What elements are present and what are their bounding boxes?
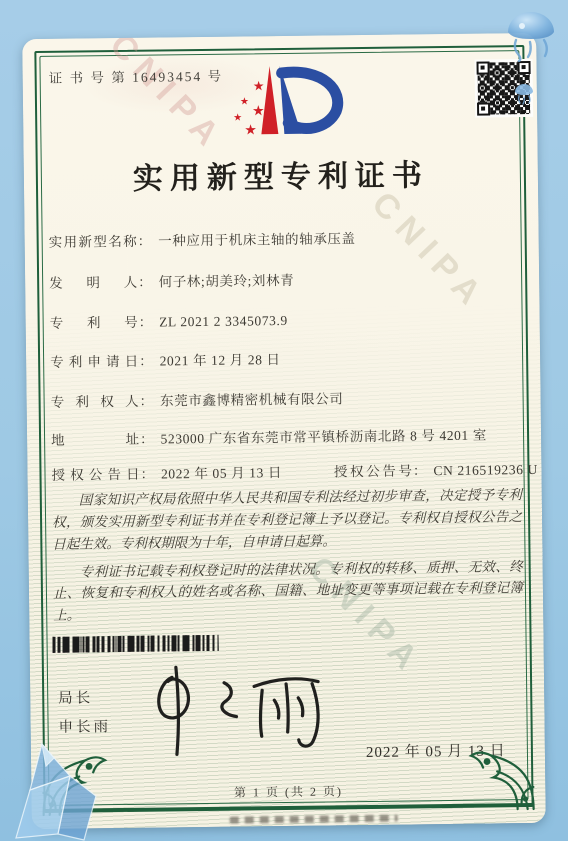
signature-handwriting [142,662,323,759]
field-value: 东莞市鑫博精密机械有限公司 [160,387,344,409]
star-icon: ★ [253,78,265,93]
qr-finder-icon [517,61,530,74]
field-patentee: 专利权人： 东莞市鑫博精密机械有限公司 [50,387,343,411]
field-colon: ： [139,311,153,331]
certificate-paper: CNIPA CNIPA CNIPA [22,33,546,829]
field-label: 专利权人 [50,390,138,411]
legal-paragraph: 国家知识产权局依照中华人民共和国专利法经过初步审查，决定授予专利权，颁发实用新型… [52,484,523,555]
field-patent-number: 专利号： ZL 2021 2 3345073.9 [50,309,288,332]
jellyfish-icon [512,80,536,108]
field-label: 专利申请日 [50,350,138,371]
field-grant-row: 授权公告日： 2022 年 05 月 13 日 授权公告号： CN 216519… [51,458,538,484]
field-label: 授权公告日 [51,463,139,484]
signer-block: 局长 申长雨 [58,686,111,745]
qr-finder-icon [477,102,490,115]
field-value: CN 216519236 U [433,462,538,479]
field-label: 实用新型名称 [49,230,137,251]
star-icon: ★ [252,104,265,119]
cnipa-watermark: CNIPA [364,185,495,319]
field-colon: ： [140,428,154,448]
field-value: 2022 年 05 月 13 日 [161,461,282,482]
barcode [52,635,218,653]
field-value: ZL 2021 2 3345073.9 [159,313,288,331]
field-value: 2021 年 12 月 28 日 [159,348,280,369]
cnipa-logo: ★ ★ ★ ★ ★ [227,59,358,153]
star-icon: ★ [233,112,242,123]
signer-name: 申长雨 [58,715,111,737]
signer-title: 局长 [58,686,111,708]
star-icon: ★ [240,96,249,107]
star-icon: ★ [244,123,257,138]
certificate-number: 证 书 号 第 16493454 号 [49,65,224,87]
cut-off-text-smudge [230,815,398,824]
legal-paragraph: 专利证书记载专利权登记时的法律状况。专利权的转移、质押、无效、终止、恢复和专利权… [53,556,524,627]
field-label: 授权公告号 [334,459,412,480]
field-label: 专利号 [50,311,138,332]
cnipa-watermark: CNIPA [102,33,233,160]
field-colon: ： [138,230,152,250]
field-grant-number: 授权公告号： CN 216519236 U [334,458,538,480]
field-colon: ： [139,350,153,370]
field-colon: ： [138,271,152,291]
water-crystal-icon [8,738,118,841]
legal-text: 国家知识产权局依照中华人民共和国专利法经过初步审查，决定授予专利权，颁发实用新型… [52,484,524,633]
field-address: 地址： 523000 广东省东莞市常平镇桥沥南北路 8 号 4201 室 [51,424,487,449]
field-label: 地址 [51,428,139,449]
field-colon: ： [413,459,427,479]
field-value: 一种应用于机床主轴的轴承压盖 [158,227,356,249]
field-colon: ： [139,390,153,410]
field-filing-date: 专利申请日： 2021 年 12 月 28 日 [50,348,281,371]
field-inventors: 发明人： 何子林;胡美玲;刘林青 [49,269,294,292]
field-label: 发明人 [49,271,137,292]
field-colon: ： [140,463,154,483]
corner-flourish-icon [465,741,538,814]
field-value: 523000 广东省东莞市常平镇桥沥南北路 8 号 4201 室 [160,424,487,448]
field-value: 何子林;胡美玲;刘林青 [159,269,295,291]
photo-of-certificate: CNIPA CNIPA CNIPA [0,0,568,841]
jellyfish-icon [500,4,562,62]
qr-finder-icon [477,61,490,74]
certificate-title: 实用新型专利证书 [24,149,538,199]
field-utility-model-name: 实用新型名称： 一种应用于机床主轴的轴承压盖 [49,227,356,251]
